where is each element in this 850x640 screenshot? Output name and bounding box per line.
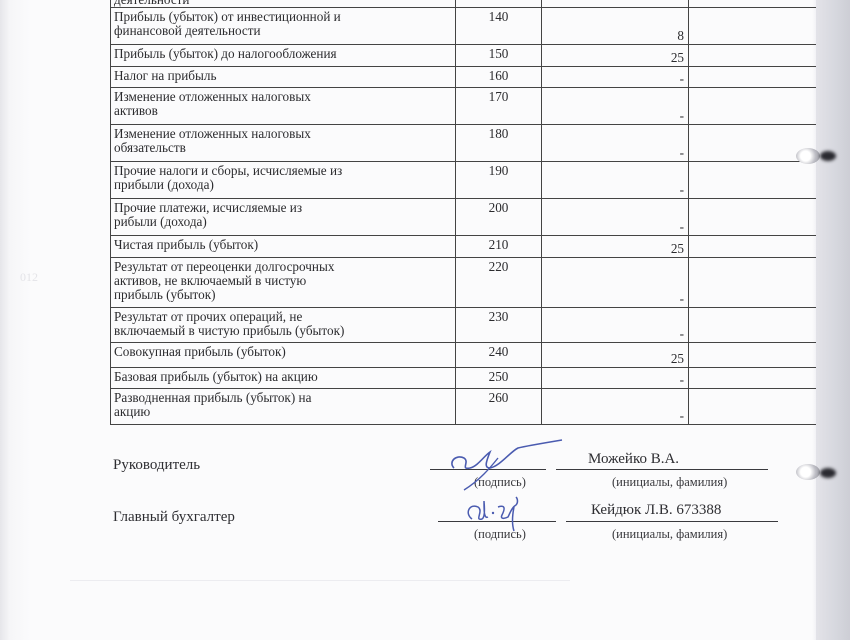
page-edge-shadow xyxy=(816,0,850,640)
row-code xyxy=(456,0,542,8)
row-name: Прибыль (убыток) до налогообложения xyxy=(111,45,456,67)
binder-mark-icon xyxy=(820,468,836,478)
scanned-page: 012 деятельностиПрибыль (убыток) от инве… xyxy=(0,0,850,640)
row-code: 260 xyxy=(456,389,542,425)
director-role-label: Руководитель xyxy=(113,457,200,474)
chief-accountant-signature-icon xyxy=(460,495,540,535)
binder-mark-icon xyxy=(820,151,836,161)
row-code: 140 xyxy=(456,8,542,45)
row-current-period-value: - xyxy=(542,258,689,308)
financial-results-table: деятельностиПрибыль (убыток) от инвестиц… xyxy=(110,0,850,425)
row-code: 160 xyxy=(456,67,542,88)
row-code: 200 xyxy=(456,199,542,236)
row-name: Налог на прибыль xyxy=(111,67,456,88)
row-name: Чистая прибыль (убыток) xyxy=(111,236,456,258)
row-code: 250 xyxy=(456,368,542,389)
director-name-line xyxy=(556,469,768,470)
table-row: Прибыль (убыток) до налогообложения15025… xyxy=(111,45,850,67)
director-name: Можейко В.А. xyxy=(588,451,679,468)
row-name: Прочие налоги и сборы, исчисляемые изпри… xyxy=(111,162,456,199)
table-row: Базовая прибыль (убыток) на акцию250-- xyxy=(111,368,850,389)
row-current-period-value: - xyxy=(542,389,689,425)
row-current-period-value: 8 xyxy=(542,8,689,45)
row-code: 230 xyxy=(456,308,542,343)
row-current-period-value xyxy=(542,0,689,8)
chief-accountant-role-label: Главный бухгалтер xyxy=(113,509,235,526)
row-current-period-value: - xyxy=(542,88,689,125)
table-row: Результат от переоценки долгосрочныхакти… xyxy=(111,258,850,308)
table-row: Прочие платежи, исчисляемые изрибыли (до… xyxy=(111,199,850,236)
punch-hole-icon xyxy=(796,148,820,164)
row-current-period-value: - xyxy=(542,199,689,236)
row-name: Результат от прочих операций, невключаем… xyxy=(111,308,456,343)
row-code: 150 xyxy=(456,45,542,67)
row-code: 210 xyxy=(456,236,542,258)
row-name: Разводненная прибыль (убыток) наакцию xyxy=(111,389,456,425)
row-current-period-value: 25 xyxy=(542,236,689,258)
row-current-period-value: 25 xyxy=(542,343,689,368)
row-name: Базовая прибыль (убыток) на акцию xyxy=(111,368,456,389)
table-row: Прочие налоги и сборы, исчисляемые изпри… xyxy=(111,162,850,199)
row-code: 190 xyxy=(456,162,542,199)
row-code: 170 xyxy=(456,88,542,125)
table-row: Чистая прибыль (убыток)2102511 xyxy=(111,236,850,258)
row-name: Результат от переоценки долгосрочныхакти… xyxy=(111,258,456,308)
row-name: Прибыль (убыток) от инвестиционной ифина… xyxy=(111,8,456,45)
table-row: Совокупная прибыль (убыток)2402511 xyxy=(111,343,850,368)
row-name: Прочие платежи, исчисляемые изрибыли (до… xyxy=(111,199,456,236)
row-code: 240 xyxy=(456,343,542,368)
chief-accountant-name-line xyxy=(566,521,778,522)
row-name: деятельности xyxy=(111,0,456,8)
row-name: Изменение отложенных налоговыхобязательс… xyxy=(111,125,456,162)
director-name-caption: (инициалы, фамилия) xyxy=(612,475,727,490)
chief-accountant-name: Кейдюк Л.В. 673388 xyxy=(591,502,721,519)
row-current-period-value: - xyxy=(542,67,689,88)
chief-accountant-name-caption: (инициалы, фамилия) xyxy=(612,527,727,542)
table-row: Прибыль (убыток) от инвестиционной ифина… xyxy=(111,8,850,45)
table-row: Налог на прибыль160-- xyxy=(111,67,850,88)
row-name: Изменение отложенных налоговыхактивов xyxy=(111,88,456,125)
table-row: Результат от прочих операций, невключаем… xyxy=(111,308,850,343)
row-name: Совокупная прибыль (убыток) xyxy=(111,343,456,368)
row-code: 220 xyxy=(456,258,542,308)
row-code: 180 xyxy=(456,125,542,162)
table-row: Разводненная прибыль (убыток) наакцию260… xyxy=(111,389,850,425)
row-current-period-value: - xyxy=(542,368,689,389)
punch-hole-icon xyxy=(796,464,820,480)
bleed-through-line xyxy=(70,580,570,581)
table-row: Изменение отложенных налоговыхактивов170… xyxy=(111,88,850,125)
row-current-period-value: - xyxy=(542,308,689,343)
row-current-period-value: 25 xyxy=(542,45,689,67)
director-signature-icon xyxy=(440,438,570,494)
row-current-period-value: - xyxy=(542,162,689,199)
table-row: Изменение отложенных налоговыхобязательс… xyxy=(111,125,850,162)
bleed-through-text: 012 xyxy=(20,270,38,285)
row-current-period-value: - xyxy=(542,125,689,162)
table-row: деятельности xyxy=(111,0,850,8)
